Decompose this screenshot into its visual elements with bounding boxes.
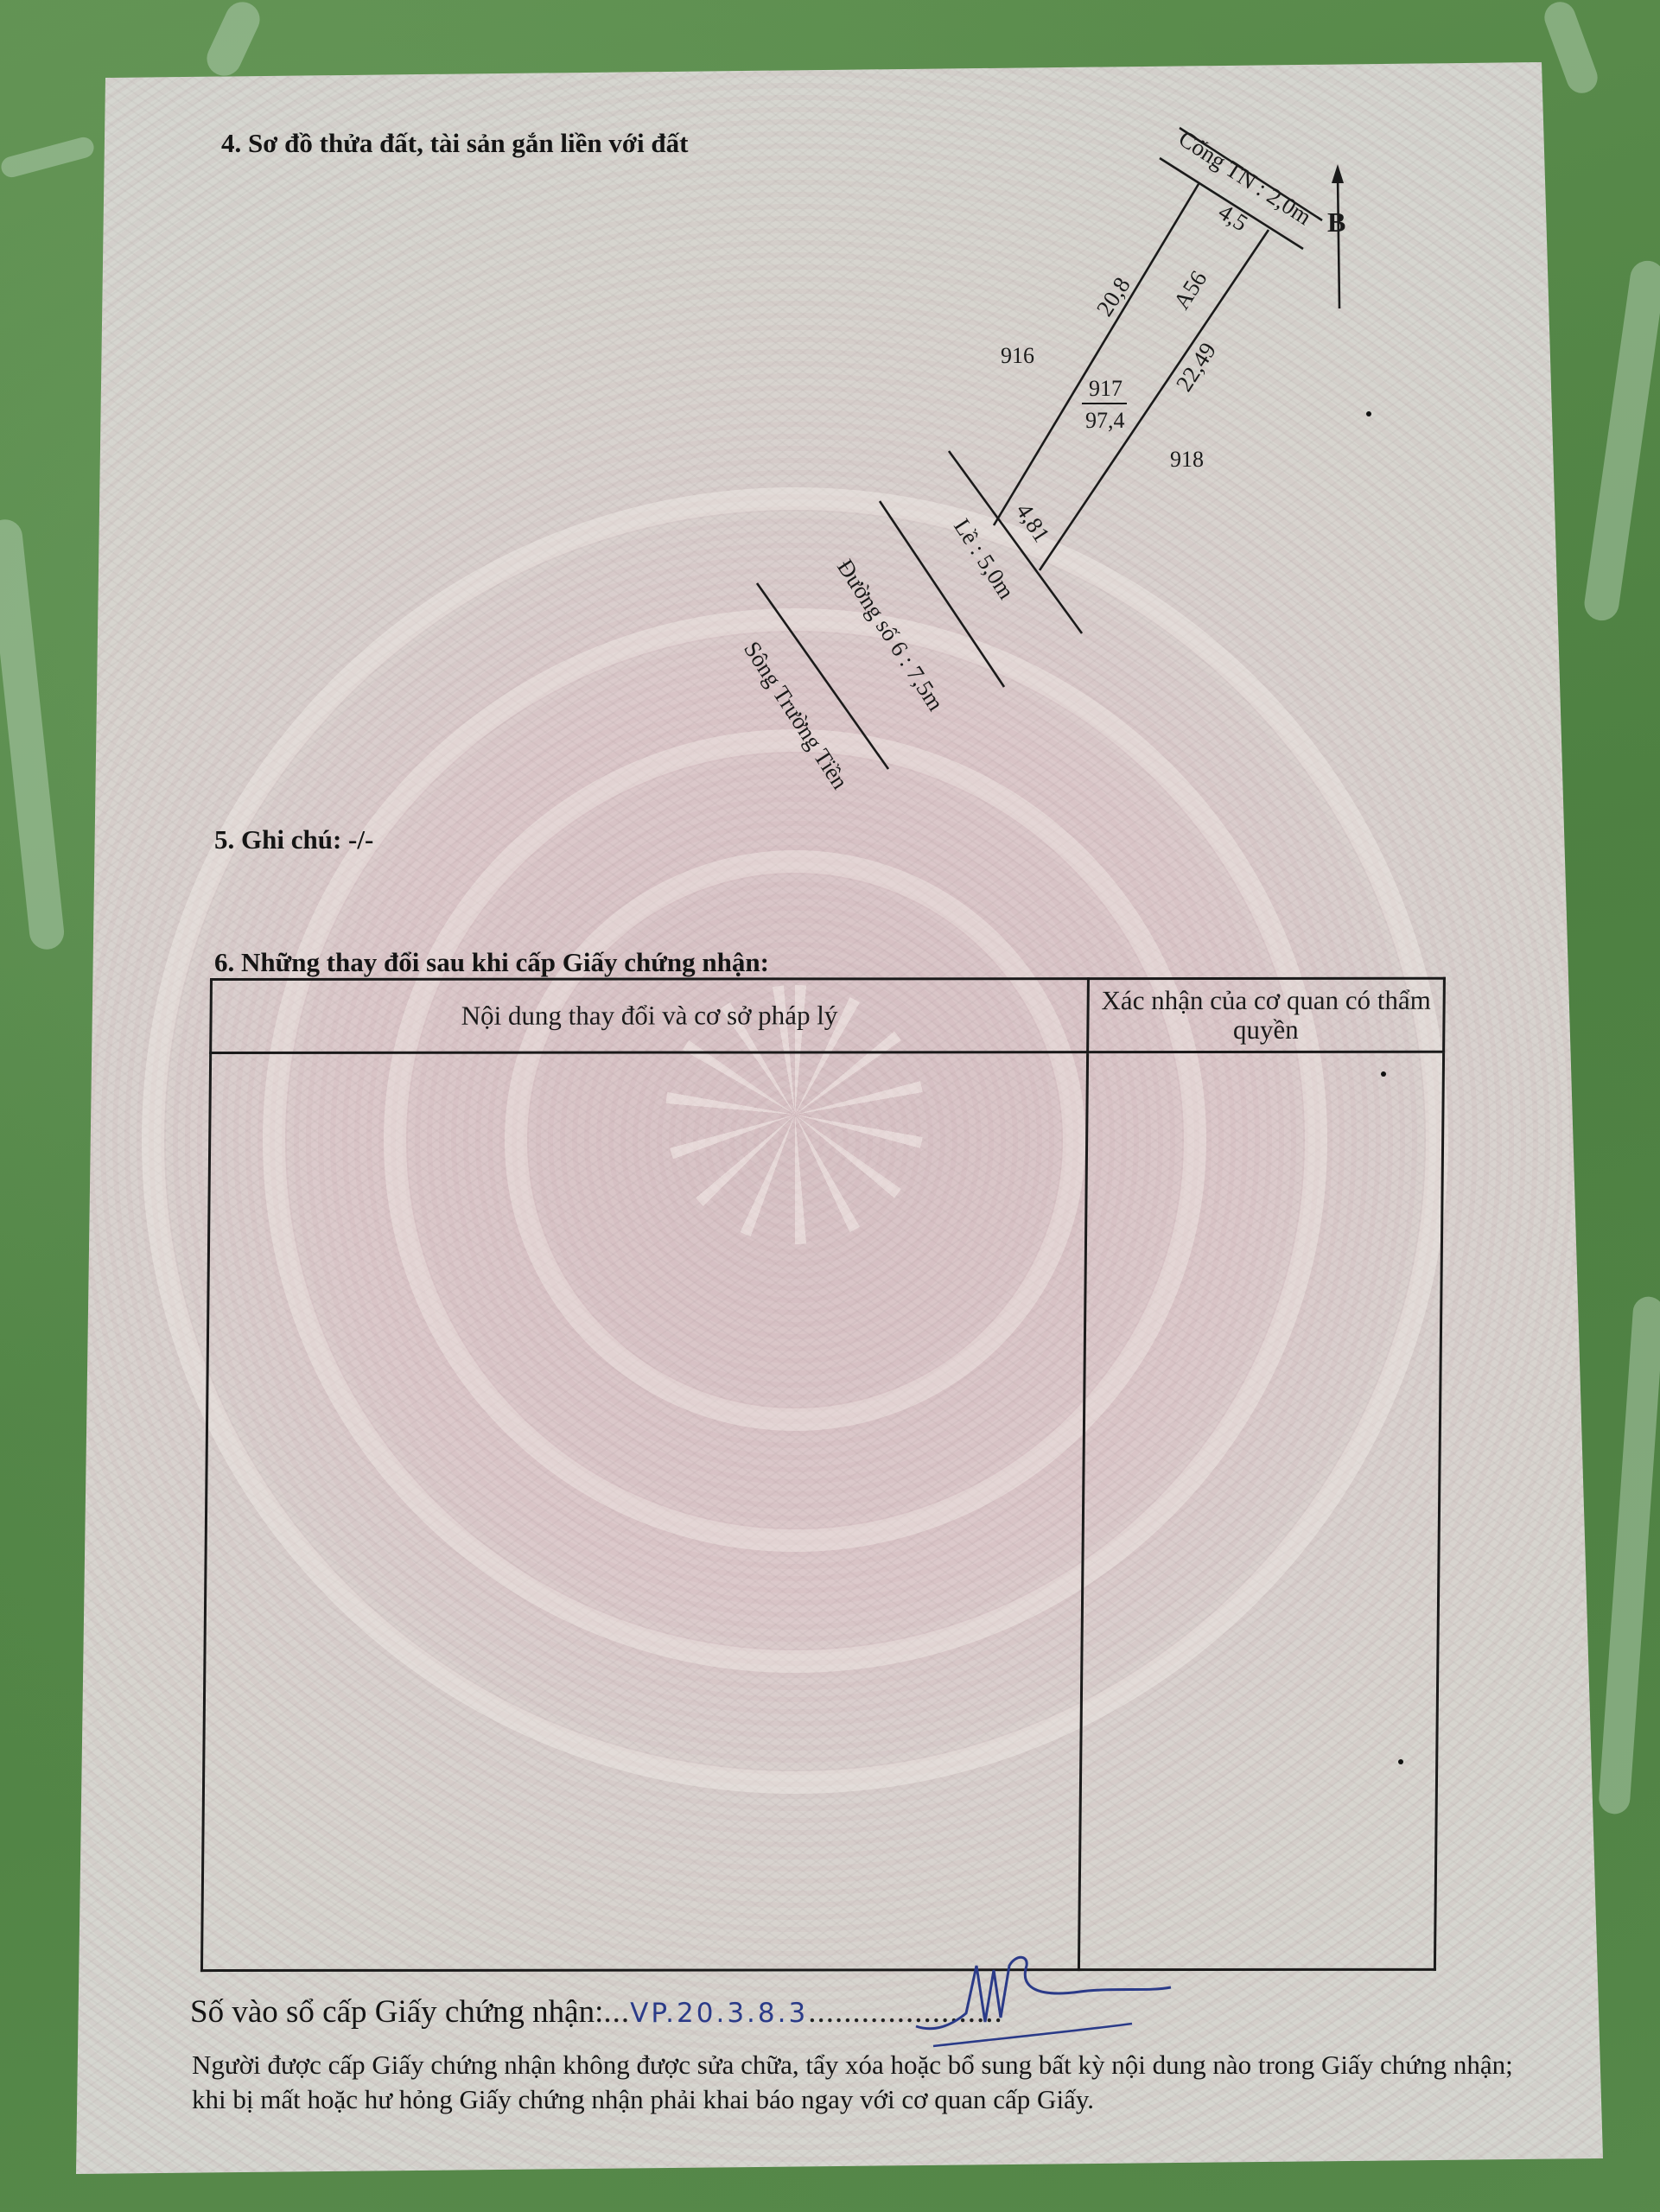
legal-notice: Người được cấp Giấy chứng nhận không đượ… xyxy=(192,2048,1523,2117)
signature-icon xyxy=(0,0,1660,2212)
